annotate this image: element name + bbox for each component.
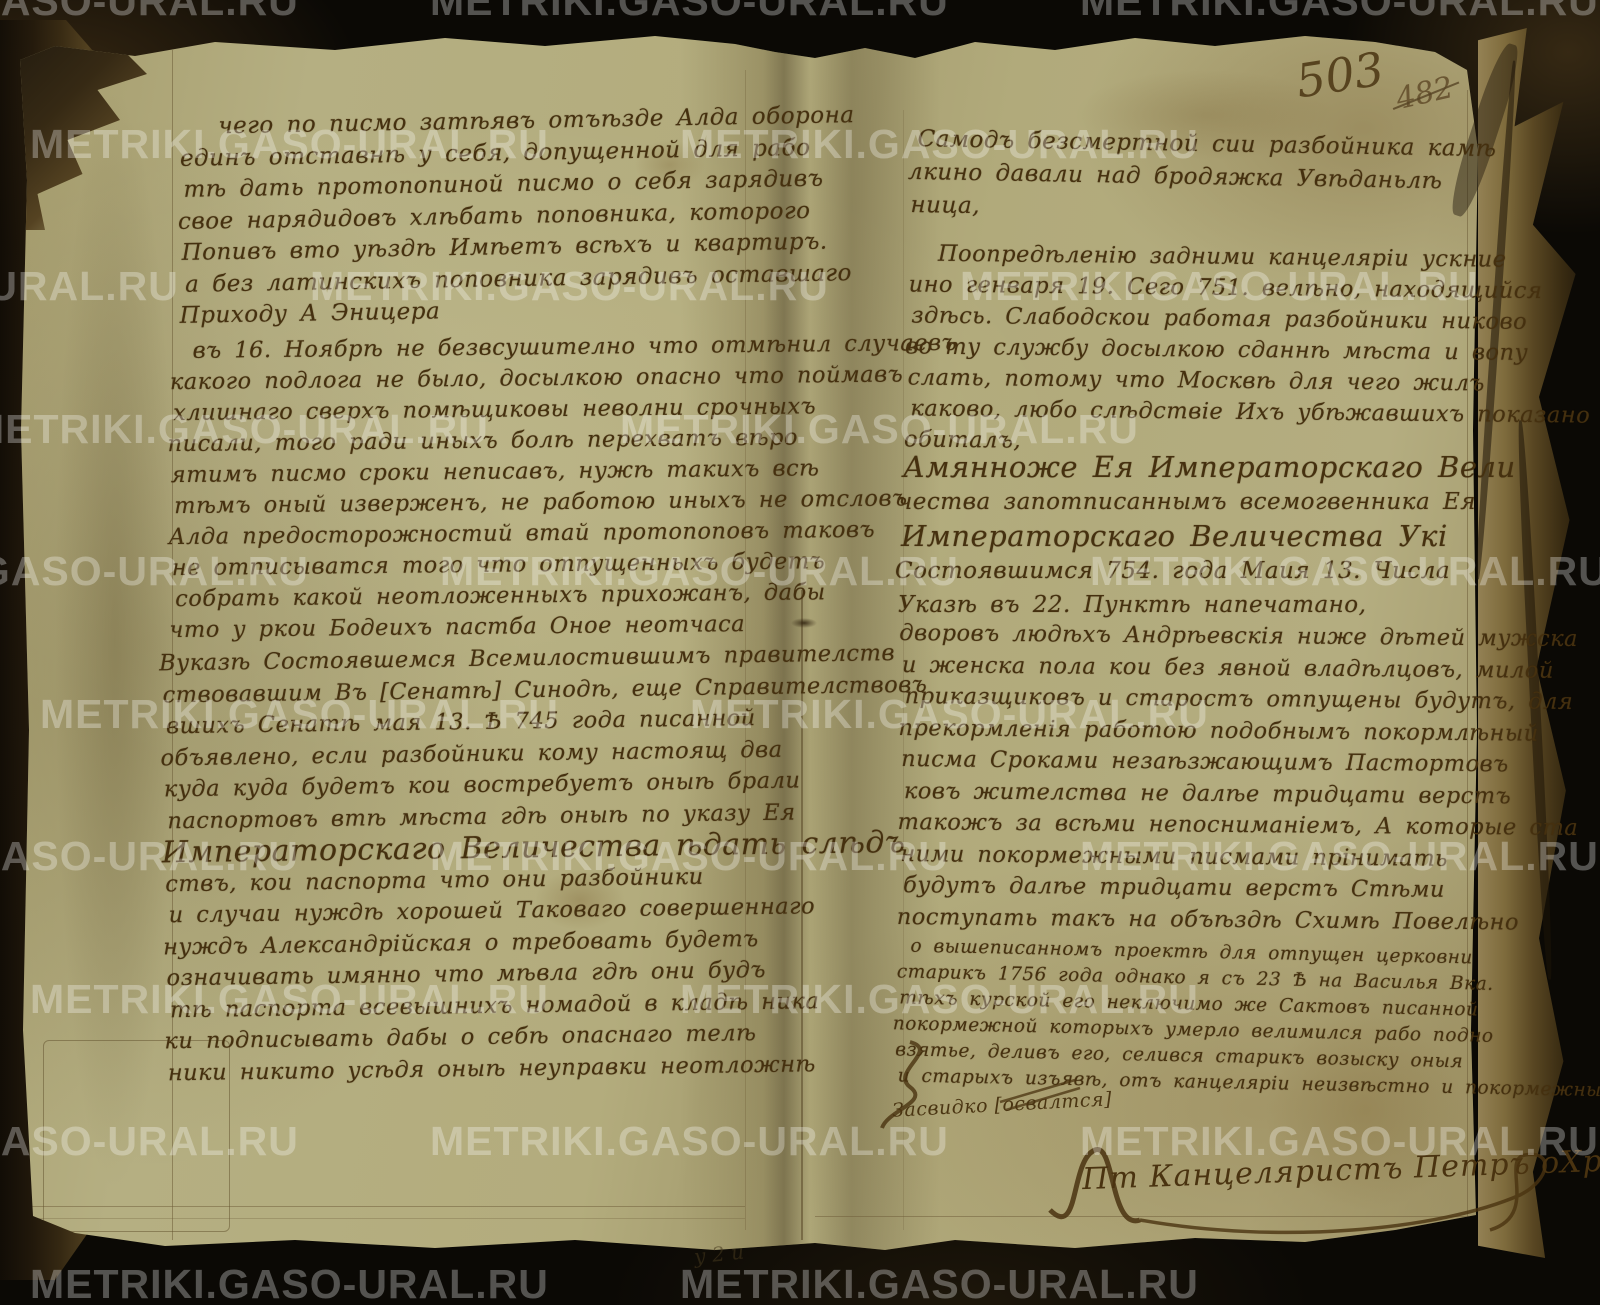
paper-stain [55,90,175,1190]
manuscript-line: Амянноже Ея Императорскаго Вели [903,450,1516,485]
manuscript-paragraph: Самодъ безсмертной сии разбойника камѣлк… [904,123,1497,232]
manuscript-line: чества запотписаннымъ всемогвенника Ея [898,485,1516,520]
manuscript-line: Состоявшимся 754. года Маия 13. Числа [895,554,1516,589]
manuscript-paragraph: дворовъ людѣхъ Андрѣевскія ниже дѣтей му… [897,618,1580,939]
manuscript-paragraph: Вуказѣ Состоявшемся Всемилостившимъ прав… [159,638,933,1090]
manuscript-line: поступать такъ на объѣздѣ Схимѣ Повелѣно [897,902,1578,939]
manuscript-paragraph: чего по писмо затѣявъ отъѣзде Алда оборо… [176,100,858,332]
manuscript-line: Указѣ въ 22. Пунктѣ напечатано, [898,588,1516,623]
manuscript-paragraph: Поопредѣленію задними канцеляріи ускниеи… [904,238,1592,462]
manuscript-scan: { "source_watermark": { "text": "METRIKI… [0,0,1600,1305]
note-flourish [870,1032,1130,1142]
damaged-top-left-corner [15,30,165,230]
manuscript-line: Императорскаго Величества Укі [901,519,1516,554]
manuscript-paragraph: Амянноже Ея Императорскаго Величества за… [895,450,1516,623]
manuscript-paragraph: въ 16. Ноябрѣ не безвсушително что отмѣн… [166,328,960,646]
